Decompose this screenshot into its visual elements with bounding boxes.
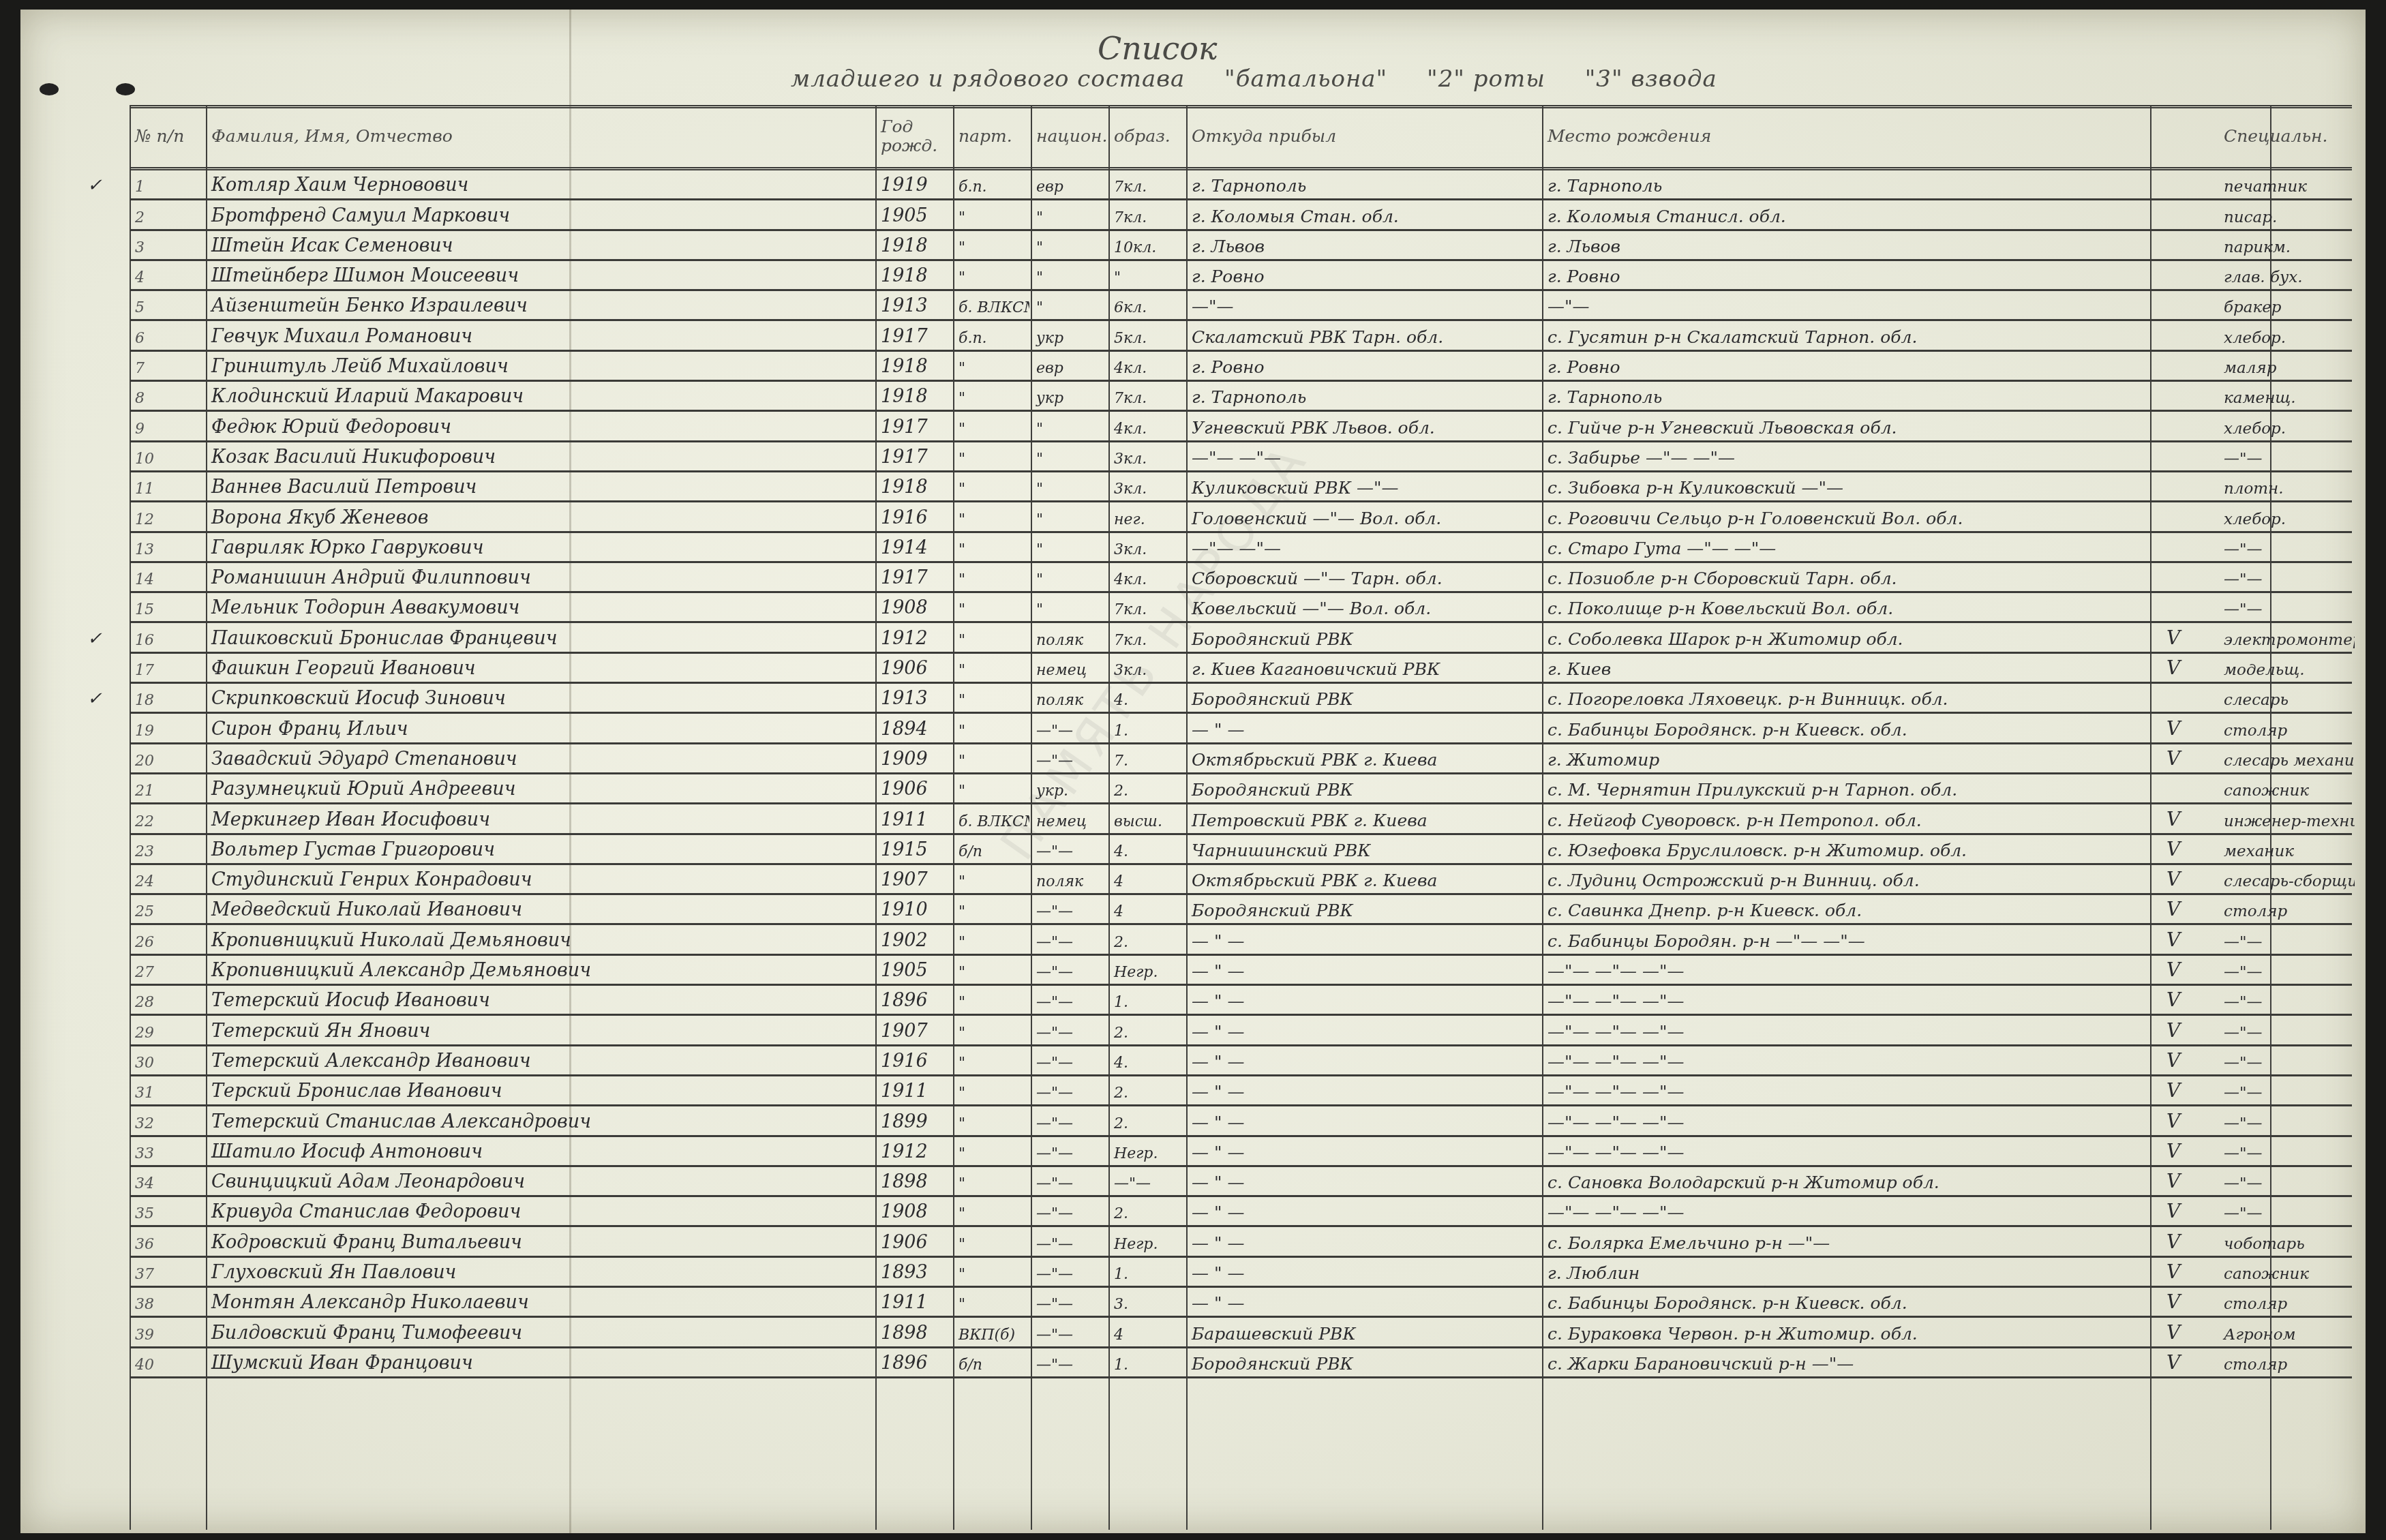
nationality: —"— <box>1031 1046 1107 1074</box>
draft-office: г. Киев Кагановичский РВК <box>1186 654 1541 682</box>
soldier-name: Гевчук Михаил Романович <box>206 321 874 349</box>
draft-office: — " — <box>1186 1046 1541 1074</box>
soldier-name: Глуховский Ян Павлович <box>206 1258 874 1286</box>
row-mark <box>82 321 130 349</box>
birthplace: с. Савинка Днепр. р-н Киевск. обл. <box>1542 895 2217 923</box>
row-number: 40 <box>130 1348 205 1376</box>
specialty: слесарь <box>2218 684 2355 712</box>
verified-check: V <box>2161 1258 2202 1286</box>
nationality: поляк <box>1031 865 1107 893</box>
header-draft-office: Откуда прибыл <box>1186 108 1541 167</box>
row-number: 9 <box>130 412 205 440</box>
row-number: 30 <box>130 1046 205 1074</box>
birthplace: с. Бураковка Червон. р-н Житомир. обл. <box>1542 1318 2217 1346</box>
verified-check: V <box>2161 1348 2202 1376</box>
row-number: 4 <box>130 261 205 289</box>
birthplace: с. Гусятин р-н Скалатский Тарноп. обл. <box>1542 321 2217 349</box>
education: 2. <box>1108 925 1185 953</box>
document-subtitle: младшего и рядового состава "батальона" … <box>791 65 1749 93</box>
education: 2. <box>1108 774 1185 802</box>
specialty: бракер <box>2218 291 2355 319</box>
birth-year: 1893 <box>875 1258 952 1286</box>
birth-year: 1918 <box>875 352 952 380</box>
soldier-name: Монтян Александр Николаевич <box>206 1288 874 1316</box>
table-row: 12Ворона Якуб Женевов1916""нег.Головенск… <box>130 502 2352 532</box>
specialty: —"— <box>2218 956 2355 984</box>
birth-year: 1912 <box>875 1137 952 1165</box>
nationality: " <box>1031 593 1107 621</box>
row-number: 22 <box>130 804 205 832</box>
table-row: 24Студинский Генрих Конрадович1907"поляк… <box>130 865 2352 895</box>
education: —"— <box>1108 1167 1185 1195</box>
birthplace: —"— —"— —"— <box>1542 1197 2217 1225</box>
row-mark <box>82 412 130 440</box>
row-mark <box>82 200 130 228</box>
soldier-name: Кривуда Станислав Федорович <box>206 1197 874 1225</box>
specialty: слесарь механик <box>2218 744 2355 772</box>
soldier-name: Федюк Юрий Федорович <box>206 412 874 440</box>
row-mark <box>82 1348 130 1376</box>
birth-year: 1898 <box>875 1318 952 1346</box>
soldier-name: Ворона Якуб Женевов <box>206 502 874 530</box>
education: 7кл. <box>1108 170 1185 198</box>
specialty: сапожник <box>2218 774 2355 802</box>
row-mark <box>82 865 130 893</box>
birth-year: 1905 <box>875 956 952 984</box>
soldier-name: Шатило Иосиф Антонович <box>206 1137 874 1165</box>
row-mark <box>82 1016 130 1044</box>
nationality: —"— <box>1031 1348 1107 1376</box>
verified-check <box>2161 261 2202 289</box>
birthplace: с. Сановка Володарский р-н Житомир обл. <box>1542 1167 2217 1195</box>
draft-office: Головенский —"— Вол. обл. <box>1186 502 1541 530</box>
row-mark <box>82 261 130 289</box>
birthplace: —"— —"— —"— <box>1542 986 2217 1014</box>
soldier-name: Штейн Исак Семенович <box>206 231 874 259</box>
row-number: 15 <box>130 593 205 621</box>
education: 3кл. <box>1108 654 1185 682</box>
specialty: —"— <box>2218 1106 2355 1134</box>
draft-office: — " — <box>1186 1197 1541 1225</box>
party-status: " <box>953 1137 1029 1165</box>
birth-year: 1912 <box>875 623 952 651</box>
nationality: " <box>1031 533 1107 561</box>
birthplace: —"— —"— —"— <box>1542 1137 2217 1165</box>
row-number: 27 <box>130 956 205 984</box>
birthplace: г. Киев <box>1542 654 2217 682</box>
birth-year: 1907 <box>875 865 952 893</box>
party-status: " <box>953 1167 1029 1195</box>
table-row: 33Шатило Иосиф Антонович1912"—"—Негр.— "… <box>130 1137 2352 1167</box>
draft-office: Ковельский —"— Вол. обл. <box>1186 593 1541 621</box>
table-row: 8Клодинский Иларий Макарович1918"укр7кл.… <box>130 382 2352 412</box>
birth-year: 1917 <box>875 563 952 591</box>
specialty: инженер-техник <box>2218 804 2355 832</box>
row-mark <box>82 533 130 561</box>
row-mark <box>82 654 130 682</box>
nationality: —"— <box>1031 714 1107 742</box>
soldier-name: Котляр Хаим Черновович <box>206 170 874 198</box>
nationality: —"— <box>1031 895 1107 923</box>
row-number: 8 <box>130 382 205 410</box>
specialty: глав. бух. <box>2218 261 2355 289</box>
document-title: Список <box>1098 30 1217 67</box>
education: 6кл. <box>1108 291 1185 319</box>
nationality: " <box>1031 412 1107 440</box>
education: 1. <box>1108 1348 1185 1376</box>
nationality: —"— <box>1031 1288 1107 1316</box>
nationality: —"— <box>1031 986 1107 1014</box>
verified-check <box>2161 321 2202 349</box>
nationality: —"— <box>1031 925 1107 953</box>
row-number: 5 <box>130 291 205 319</box>
birth-year: 1919 <box>875 170 952 198</box>
row-number: 19 <box>130 714 205 742</box>
party-status: " <box>953 382 1029 410</box>
row-mark <box>82 502 130 530</box>
row-number: 18 <box>130 684 205 712</box>
education: 4 <box>1108 1318 1185 1346</box>
party-status: б. ВЛКСМ <box>953 291 1029 319</box>
birthplace: с. Старо Гута —"— —"— <box>1542 533 2217 561</box>
specialty: столяр <box>2218 1288 2355 1316</box>
table-row: 34Свинцицкий Адам Леонардович1898"—"——"—… <box>130 1167 2352 1197</box>
education: " <box>1108 261 1185 289</box>
row-number: 29 <box>130 1016 205 1044</box>
birth-year: 1918 <box>875 472 952 500</box>
table-row: 2Бротфренд Самуил Маркович1905""7кл.г. К… <box>130 200 2352 230</box>
row-mark: ✓ <box>82 623 130 651</box>
nationality: " <box>1031 563 1107 591</box>
education: 5кл. <box>1108 321 1185 349</box>
party-status: " <box>953 442 1029 470</box>
nationality: " <box>1031 291 1107 319</box>
birth-year: 1909 <box>875 744 952 772</box>
table-row: 38Монтян Александр Николаевич1911"—"—3.—… <box>130 1288 2352 1318</box>
party-status: " <box>953 1046 1029 1074</box>
punch-hole <box>116 83 135 95</box>
education: 4. <box>1108 684 1185 712</box>
draft-office: Бородянский РВК <box>1186 684 1541 712</box>
education: нег. <box>1108 502 1185 530</box>
draft-office: — " — <box>1186 1137 1541 1165</box>
row-mark <box>82 1076 130 1104</box>
verified-check: V <box>2161 895 2202 923</box>
birth-year: 1906 <box>875 654 952 682</box>
soldier-name: Кропивницкий Александр Демьянович <box>206 956 874 984</box>
row-number: 21 <box>130 774 205 802</box>
row-mark <box>82 714 130 742</box>
soldier-name: Вольтер Густав Григорович <box>206 835 874 863</box>
verified-check <box>2161 231 2202 259</box>
subtitle-part: "2" роты <box>1427 65 1545 93</box>
specialty: сапожник <box>2218 1258 2355 1286</box>
birthplace: —"— <box>1542 291 2217 319</box>
nationality: —"— <box>1031 744 1107 772</box>
row-number: 33 <box>130 1137 205 1165</box>
row-mark <box>82 895 130 923</box>
nationality: —"— <box>1031 1258 1107 1286</box>
draft-office: Куликовский РВК —"— <box>1186 472 1541 500</box>
birthplace: г. Львов <box>1542 231 2217 259</box>
specialty: —"— <box>2218 925 2355 953</box>
education: 7кл. <box>1108 382 1185 410</box>
birthplace: с. Соболевка Шарок р-н Житомир обл. <box>1542 623 2217 651</box>
verified-check <box>2161 442 2202 470</box>
draft-office: — " — <box>1186 986 1541 1014</box>
soldier-name: Тетерский Александр Иванович <box>206 1046 874 1074</box>
row-mark <box>82 231 130 259</box>
education: Негр. <box>1108 1227 1185 1255</box>
row-number: 37 <box>130 1258 205 1286</box>
specialty: Агроном <box>2218 1318 2355 1346</box>
draft-office: Бородянский РВК <box>1186 774 1541 802</box>
birthplace: с. Гийче р-н Угневский Львовская обл. <box>1542 412 2217 440</box>
draft-office: Бородянский РВК <box>1186 623 1541 651</box>
draft-office: Сборовский —"— Тарн. обл. <box>1186 563 1541 591</box>
row-number: 6 <box>130 321 205 349</box>
verified-check: V <box>2161 1046 2202 1074</box>
draft-office: — " — <box>1186 1288 1541 1316</box>
nationality: —"— <box>1031 1137 1107 1165</box>
party-status: " <box>953 986 1029 1014</box>
header-name: Фамилия, Имя, Отчество <box>206 108 874 167</box>
soldier-name: Кодровский Франц Витальевич <box>206 1227 874 1255</box>
draft-office: г. Львов <box>1186 231 1541 259</box>
verified-check: V <box>2161 835 2202 863</box>
row-number: 39 <box>130 1318 205 1346</box>
soldier-name: Сирон Франц Ильич <box>206 714 874 742</box>
verified-check <box>2161 563 2202 591</box>
draft-office: Октябрьский РВК г. Киева <box>1186 744 1541 772</box>
soldier-name: Шумский Иван Францович <box>206 1348 874 1376</box>
birthplace: с. Зибовка р-н Куликовский —"— <box>1542 472 2217 500</box>
education: 4 <box>1108 895 1185 923</box>
row-number: 14 <box>130 563 205 591</box>
birthplace: с. Бабинцы Бородянск. р-н Киевск. обл. <box>1542 714 2217 742</box>
party-status: б/п <box>953 1348 1029 1376</box>
table-row: 17Фашкин Георгий Иванович1906"немец3кл.г… <box>130 654 2352 684</box>
nationality: " <box>1031 200 1107 228</box>
party-status: б.п. <box>953 170 1029 198</box>
specialty: плотн. <box>2218 472 2355 500</box>
row-number: 12 <box>130 502 205 530</box>
party-status: " <box>953 1288 1029 1316</box>
specialty: —"— <box>2218 1197 2355 1225</box>
verified-check <box>2161 200 2202 228</box>
birth-year: 1894 <box>875 714 952 742</box>
education: 2. <box>1108 1106 1185 1134</box>
soldier-name: Штейнберг Шимон Моисеевич <box>206 261 874 289</box>
party-status: " <box>953 533 1029 561</box>
education: 3кл. <box>1108 472 1185 500</box>
draft-office: Угневский РВК Львов. обл. <box>1186 412 1541 440</box>
birthplace: с. Болярка Емельчино р-н —"— <box>1542 1227 2217 1255</box>
nationality: —"— <box>1031 1318 1107 1346</box>
birth-year: 1896 <box>875 986 952 1014</box>
birthplace: с. Бабинцы Бородянск. р-н Киевск. обл. <box>1542 1288 2217 1316</box>
birthplace: —"— —"— —"— <box>1542 1076 2217 1104</box>
subtitle-part: младшего и рядового состава <box>791 65 1185 93</box>
education: 7кл. <box>1108 200 1185 228</box>
party-status: б/п <box>953 835 1029 863</box>
birthplace: —"— —"— —"— <box>1542 1016 2217 1044</box>
row-number: 31 <box>130 1076 205 1104</box>
table-row: 21Разумнецкий Юрий Андреевич1906"укр.2.Б… <box>130 774 2352 804</box>
birth-year: 1908 <box>875 593 952 621</box>
specialty: механик <box>2218 835 2355 863</box>
nationality: —"— <box>1031 1106 1107 1134</box>
nationality: —"— <box>1031 1167 1107 1195</box>
specialty: —"— <box>2218 533 2355 561</box>
verified-check: V <box>2161 956 2202 984</box>
row-mark <box>82 563 130 591</box>
verified-check <box>2161 472 2202 500</box>
education: 4кл. <box>1108 563 1185 591</box>
nationality: немец <box>1031 654 1107 682</box>
draft-office: г. Коломыя Стан. обл. <box>1186 200 1541 228</box>
birthplace: с. Поколище р-н Ковельский Вол. обл. <box>1542 593 2217 621</box>
draft-office: — " — <box>1186 1258 1541 1286</box>
soldier-name: Бротфренд Самуил Маркович <box>206 200 874 228</box>
birth-year: 1899 <box>875 1106 952 1134</box>
birthplace: с. Погореловка Ляховецк. р-н Винницк. об… <box>1542 684 2217 712</box>
draft-office: Бородянский РВК <box>1186 1348 1541 1376</box>
birth-year: 1902 <box>875 925 952 953</box>
soldier-name: Завадский Эдуард Степанович <box>206 744 874 772</box>
draft-office: г. Тарнополь <box>1186 382 1541 410</box>
row-mark <box>82 593 130 621</box>
party-status: " <box>953 623 1029 651</box>
verified-check <box>2161 352 2202 380</box>
nationality: —"— <box>1031 1076 1107 1104</box>
verified-check <box>2161 291 2202 319</box>
party-status: " <box>953 261 1029 289</box>
row-mark <box>82 382 130 410</box>
birthplace: с. Юзефовка Бруслиловск. р-н Житомир. об… <box>1542 835 2217 863</box>
education: 7кл. <box>1108 593 1185 621</box>
nationality: поляк <box>1031 623 1107 651</box>
education: 2. <box>1108 1016 1185 1044</box>
verified-check <box>2161 593 2202 621</box>
birthplace: с. М. Чернятин Прилукский р-н Тарноп. об… <box>1542 774 2217 802</box>
soldier-name: Тетерский Ян Янович <box>206 1016 874 1044</box>
header-year: Год рожд. <box>875 108 952 167</box>
soldier-name: Гавриляк Юрко Гаврукович <box>206 533 874 561</box>
verified-check: V <box>2161 1137 2202 1165</box>
nationality: " <box>1031 502 1107 530</box>
birth-year: 1916 <box>875 502 952 530</box>
birth-year: 1915 <box>875 835 952 863</box>
verified-check: V <box>2161 925 2202 953</box>
birthplace: г. Коломыя Станисл. обл. <box>1542 200 2217 228</box>
education: 4кл. <box>1108 412 1185 440</box>
table-row: 31Терский Брониcлав Иванович1911"—"—2.— … <box>130 1076 2352 1106</box>
row-number: 3 <box>130 231 205 259</box>
header-education: образ. <box>1108 108 1185 167</box>
table-row: 22Меркингер Иван Иосифович1911б. ВЛКСМне… <box>130 804 2352 834</box>
table-row: 30Тетерский Александр Иванович1916"—"—4.… <box>130 1046 2352 1076</box>
party-status: " <box>953 593 1029 621</box>
draft-office: Скалатский РВК Тарн. обл. <box>1186 321 1541 349</box>
birthplace: г. Ровно <box>1542 261 2217 289</box>
draft-office: — " — <box>1186 1016 1541 1044</box>
table-row: 14Романишин Андрий Филиппович1917""4кл.С… <box>130 563 2352 593</box>
birth-year: 1913 <box>875 684 952 712</box>
specialty: столяр <box>2218 714 2355 742</box>
specialty: печатник <box>2218 170 2355 198</box>
birth-year: 1917 <box>875 412 952 440</box>
nationality: " <box>1031 472 1107 500</box>
table-row: 9Федюк Юрий Федорович1917""4кл.Угневский… <box>130 412 2352 442</box>
birth-year: 1905 <box>875 200 952 228</box>
row-mark <box>82 472 130 500</box>
birth-year: 1908 <box>875 1197 952 1225</box>
birthplace: —"— —"— —"— <box>1542 956 2217 984</box>
birth-year: 1910 <box>875 895 952 923</box>
table-row: 5Айзенштейн Бенко Израилевич1913б. ВЛКСМ… <box>130 291 2352 321</box>
table-row: ✓18Скрипковский Иосиф Зинович1913"поляк4… <box>130 684 2352 714</box>
education: 4. <box>1108 1046 1185 1074</box>
party-status: ВКП(б) <box>953 1318 1029 1346</box>
verified-check <box>2161 684 2202 712</box>
row-number: 10 <box>130 442 205 470</box>
soldier-name: Разумнецкий Юрий Андреевич <box>206 774 874 802</box>
table-row: 20Завадский Эдуард Степанович1909"—"—7.О… <box>130 744 2352 774</box>
row-mark <box>82 1318 130 1346</box>
specialty: —"— <box>2218 593 2355 621</box>
row-mark <box>82 1258 130 1286</box>
soldier-name: Тетерский Иосиф Иванович <box>206 986 874 1014</box>
soldier-name: Пашковский Брониcлав Францевич <box>206 623 874 651</box>
party-status: " <box>953 956 1029 984</box>
draft-office: — " — <box>1186 956 1541 984</box>
birth-year: 1898 <box>875 1167 952 1195</box>
draft-office: Барашевский РВК <box>1186 1318 1541 1346</box>
soldier-name: Меркингер Иван Иосифович <box>206 804 874 832</box>
verified-check <box>2161 502 2202 530</box>
table-row: 35Кривуда Станислав Федорович1908"—"—2.—… <box>130 1197 2352 1227</box>
soldier-name: Билдовский Франц Тимофеевич <box>206 1318 874 1346</box>
specialty: —"— <box>2218 1167 2355 1195</box>
party-status: " <box>953 200 1029 228</box>
draft-office: —"— —"— <box>1186 533 1541 561</box>
row-number: 11 <box>130 472 205 500</box>
birth-year: 1918 <box>875 261 952 289</box>
row-number: 35 <box>130 1197 205 1225</box>
soldier-name: Кропивницкий Николай Демьянович <box>206 925 874 953</box>
specialty: модельщ. <box>2218 654 2355 682</box>
birthplace: —"— —"— —"— <box>1542 1106 2217 1134</box>
education: высш. <box>1108 804 1185 832</box>
row-number: 28 <box>130 986 205 1014</box>
row-mark <box>82 1046 130 1074</box>
table-row: ✓16Пашковский Брониcлав Францевич1912"по… <box>130 623 2352 653</box>
row-number: 26 <box>130 925 205 953</box>
table-row: 40Шумский Иван Францович1896б/п—"—1.Боро… <box>130 1348 2352 1378</box>
row-mark <box>82 442 130 470</box>
table-row: 23Вольтер Густав Григорович1915б/п—"—4.Ч… <box>130 835 2352 865</box>
birthplace: г. Люблин <box>1542 1258 2217 1286</box>
party-status: " <box>953 1227 1029 1255</box>
draft-office: — " — <box>1186 925 1541 953</box>
draft-office: г. Ровно <box>1186 261 1541 289</box>
table-header: № п/п Фамилия, Имя, Отчество Год рожд. п… <box>130 105 2352 170</box>
verified-check: V <box>2161 744 2202 772</box>
specialty: электромонтер <box>2218 623 2355 651</box>
nationality: —"— <box>1031 1016 1107 1044</box>
birth-year: 1918 <box>875 231 952 259</box>
